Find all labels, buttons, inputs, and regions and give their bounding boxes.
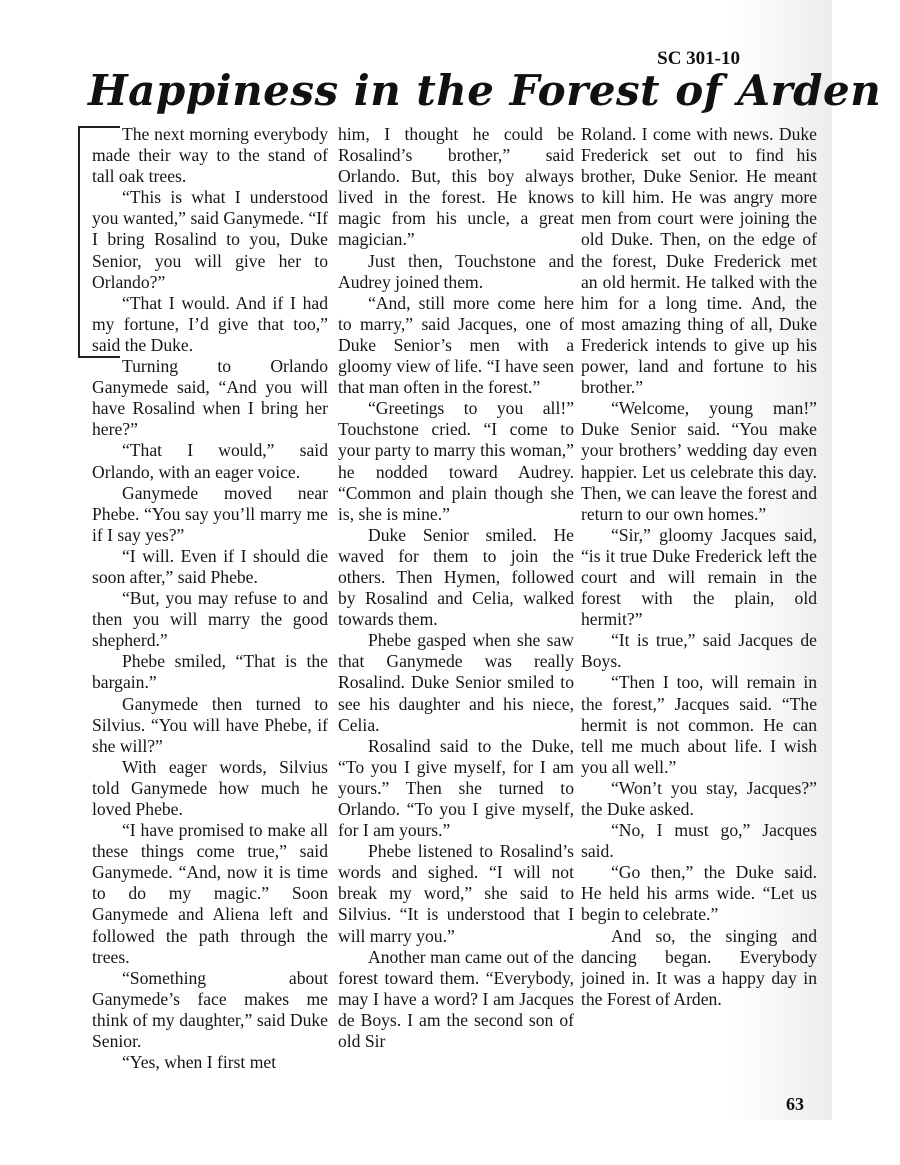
book-page: SC 301-10 Happiness in the Forest of Ard…: [0, 0, 832, 1120]
paragraph: Another man came out of the forest towar…: [338, 947, 574, 1052]
paragraph: “That I would,” said Orlando, with an ea…: [92, 440, 328, 482]
paragraph: Phebe gasped when she saw that Ganymede …: [338, 630, 574, 735]
paragraph: With eager words, Silvius told Ganymede …: [92, 757, 328, 820]
paragraph: “No, I must go,” Jacques said.: [581, 820, 817, 862]
text-column-1: The next morning everybody made their wa…: [92, 124, 328, 1073]
paragraph: Turning to Orlando Ganymede said, “And y…: [92, 356, 328, 440]
paragraph: “It is true,” said Jacques de Boys.: [581, 630, 817, 672]
paragraph: “This is what I understood you wanted,” …: [92, 187, 328, 292]
paragraph: And so, the singing and dancing began. E…: [581, 926, 817, 1010]
page-number: 63: [786, 1094, 804, 1115]
paragraph-continued: Roland. I come with news. Duke Frederick…: [581, 124, 817, 398]
paragraph: “Welcome, young man!” Duke Senior said. …: [581, 398, 817, 525]
paragraph: Rosalind said to the Duke, “To you I giv…: [338, 736, 574, 841]
paragraph: Ganymede moved near Phebe. “You say you’…: [92, 483, 328, 546]
paragraph: “Something about Ganymede’s face makes m…: [92, 968, 328, 1052]
paragraph: “Won’t you stay, Jacques?” the Duke aske…: [581, 778, 817, 820]
paragraph: “Sir,” gloomy Jacques said, “is it true …: [581, 525, 817, 630]
text-column-3: Roland. I come with news. Duke Frederick…: [581, 124, 817, 1010]
paragraph: Ganymede then turned to Silvius. “You wi…: [92, 694, 328, 757]
paragraph: Duke Senior smiled. He waved for them to…: [338, 525, 574, 630]
paragraph: “I have promised to make all these thing…: [92, 820, 328, 968]
paragraph: “Go then,” the Duke said. He held his ar…: [581, 862, 817, 925]
paragraph: Just then, Touchstone and Audrey joined …: [338, 251, 574, 293]
paragraph: “Yes, when I first met: [92, 1052, 328, 1073]
paragraph: “But, you may refuse to and then you wil…: [92, 588, 328, 651]
paragraph: “And, still more come here to marry,” sa…: [338, 293, 574, 398]
paragraph: “Then I too, will remain in the forest,”…: [581, 672, 817, 777]
paragraph: Phebe smiled, “That is the bargain.”: [92, 651, 328, 693]
paragraph: “That I would. And if I had my fortune, …: [92, 293, 328, 356]
paragraph: The next morning everybody made their wa…: [92, 124, 328, 187]
text-column-2: him, I thought he could be Rosalind’s br…: [338, 124, 574, 1052]
paragraph: “Greetings to you all!” Touchstone cried…: [338, 398, 574, 525]
page-title: Happiness in the Forest of Arden: [88, 66, 881, 115]
paragraph-continued: him, I thought he could be Rosalind’s br…: [338, 124, 574, 251]
paragraph: Phebe listened to Rosalind’s words and s…: [338, 841, 574, 946]
paragraph: “I will. Even if I should die soon after…: [92, 546, 328, 588]
